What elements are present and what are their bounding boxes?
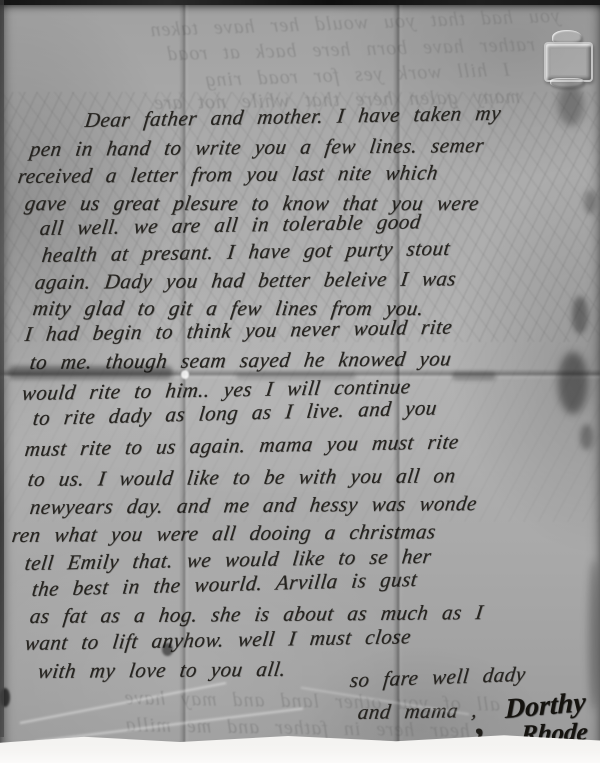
edge-shadow-stain xyxy=(588,560,600,710)
letter-line: pen in hand to write you a few lines. se… xyxy=(28,133,485,161)
paper-top-edge xyxy=(0,0,600,5)
letter-line: with my love to you all. xyxy=(36,657,287,683)
farewell-line: so fare well dady xyxy=(349,662,527,692)
fold-crease-stain xyxy=(236,373,356,379)
ink-stain xyxy=(558,84,584,126)
letter-line: ren what you were all dooing a christmas xyxy=(10,519,437,547)
fold-crease-stain xyxy=(452,372,496,380)
letter-photograph: you had that you would her have taken ra… xyxy=(0,0,600,763)
ink-blot xyxy=(162,643,173,656)
ink-stain xyxy=(558,352,588,414)
paper-left-edge xyxy=(0,0,4,737)
letter-line: health at presant. I have got purty stou… xyxy=(41,236,452,267)
fold-crease-stain xyxy=(8,366,173,379)
ink-stain xyxy=(572,296,588,334)
bleedthrough-line: hear here in father and me milla xyxy=(110,714,470,743)
ink-stain xyxy=(584,190,596,214)
ink-stain xyxy=(580,424,593,450)
letter-line: as fat as a hog. she is about as much as… xyxy=(28,600,484,628)
letter-line: newyears day. and me and hessy was wonde xyxy=(28,491,478,519)
scanner-background xyxy=(0,744,600,763)
letter-line: received a letter from you last nite whi… xyxy=(16,160,439,188)
embossed-seal-body xyxy=(544,42,593,82)
crease-glint xyxy=(181,370,189,379)
letter-line: want to lift anyhow. well I must close xyxy=(24,624,413,655)
paper: you had that you would her have taken ra… xyxy=(0,0,600,751)
